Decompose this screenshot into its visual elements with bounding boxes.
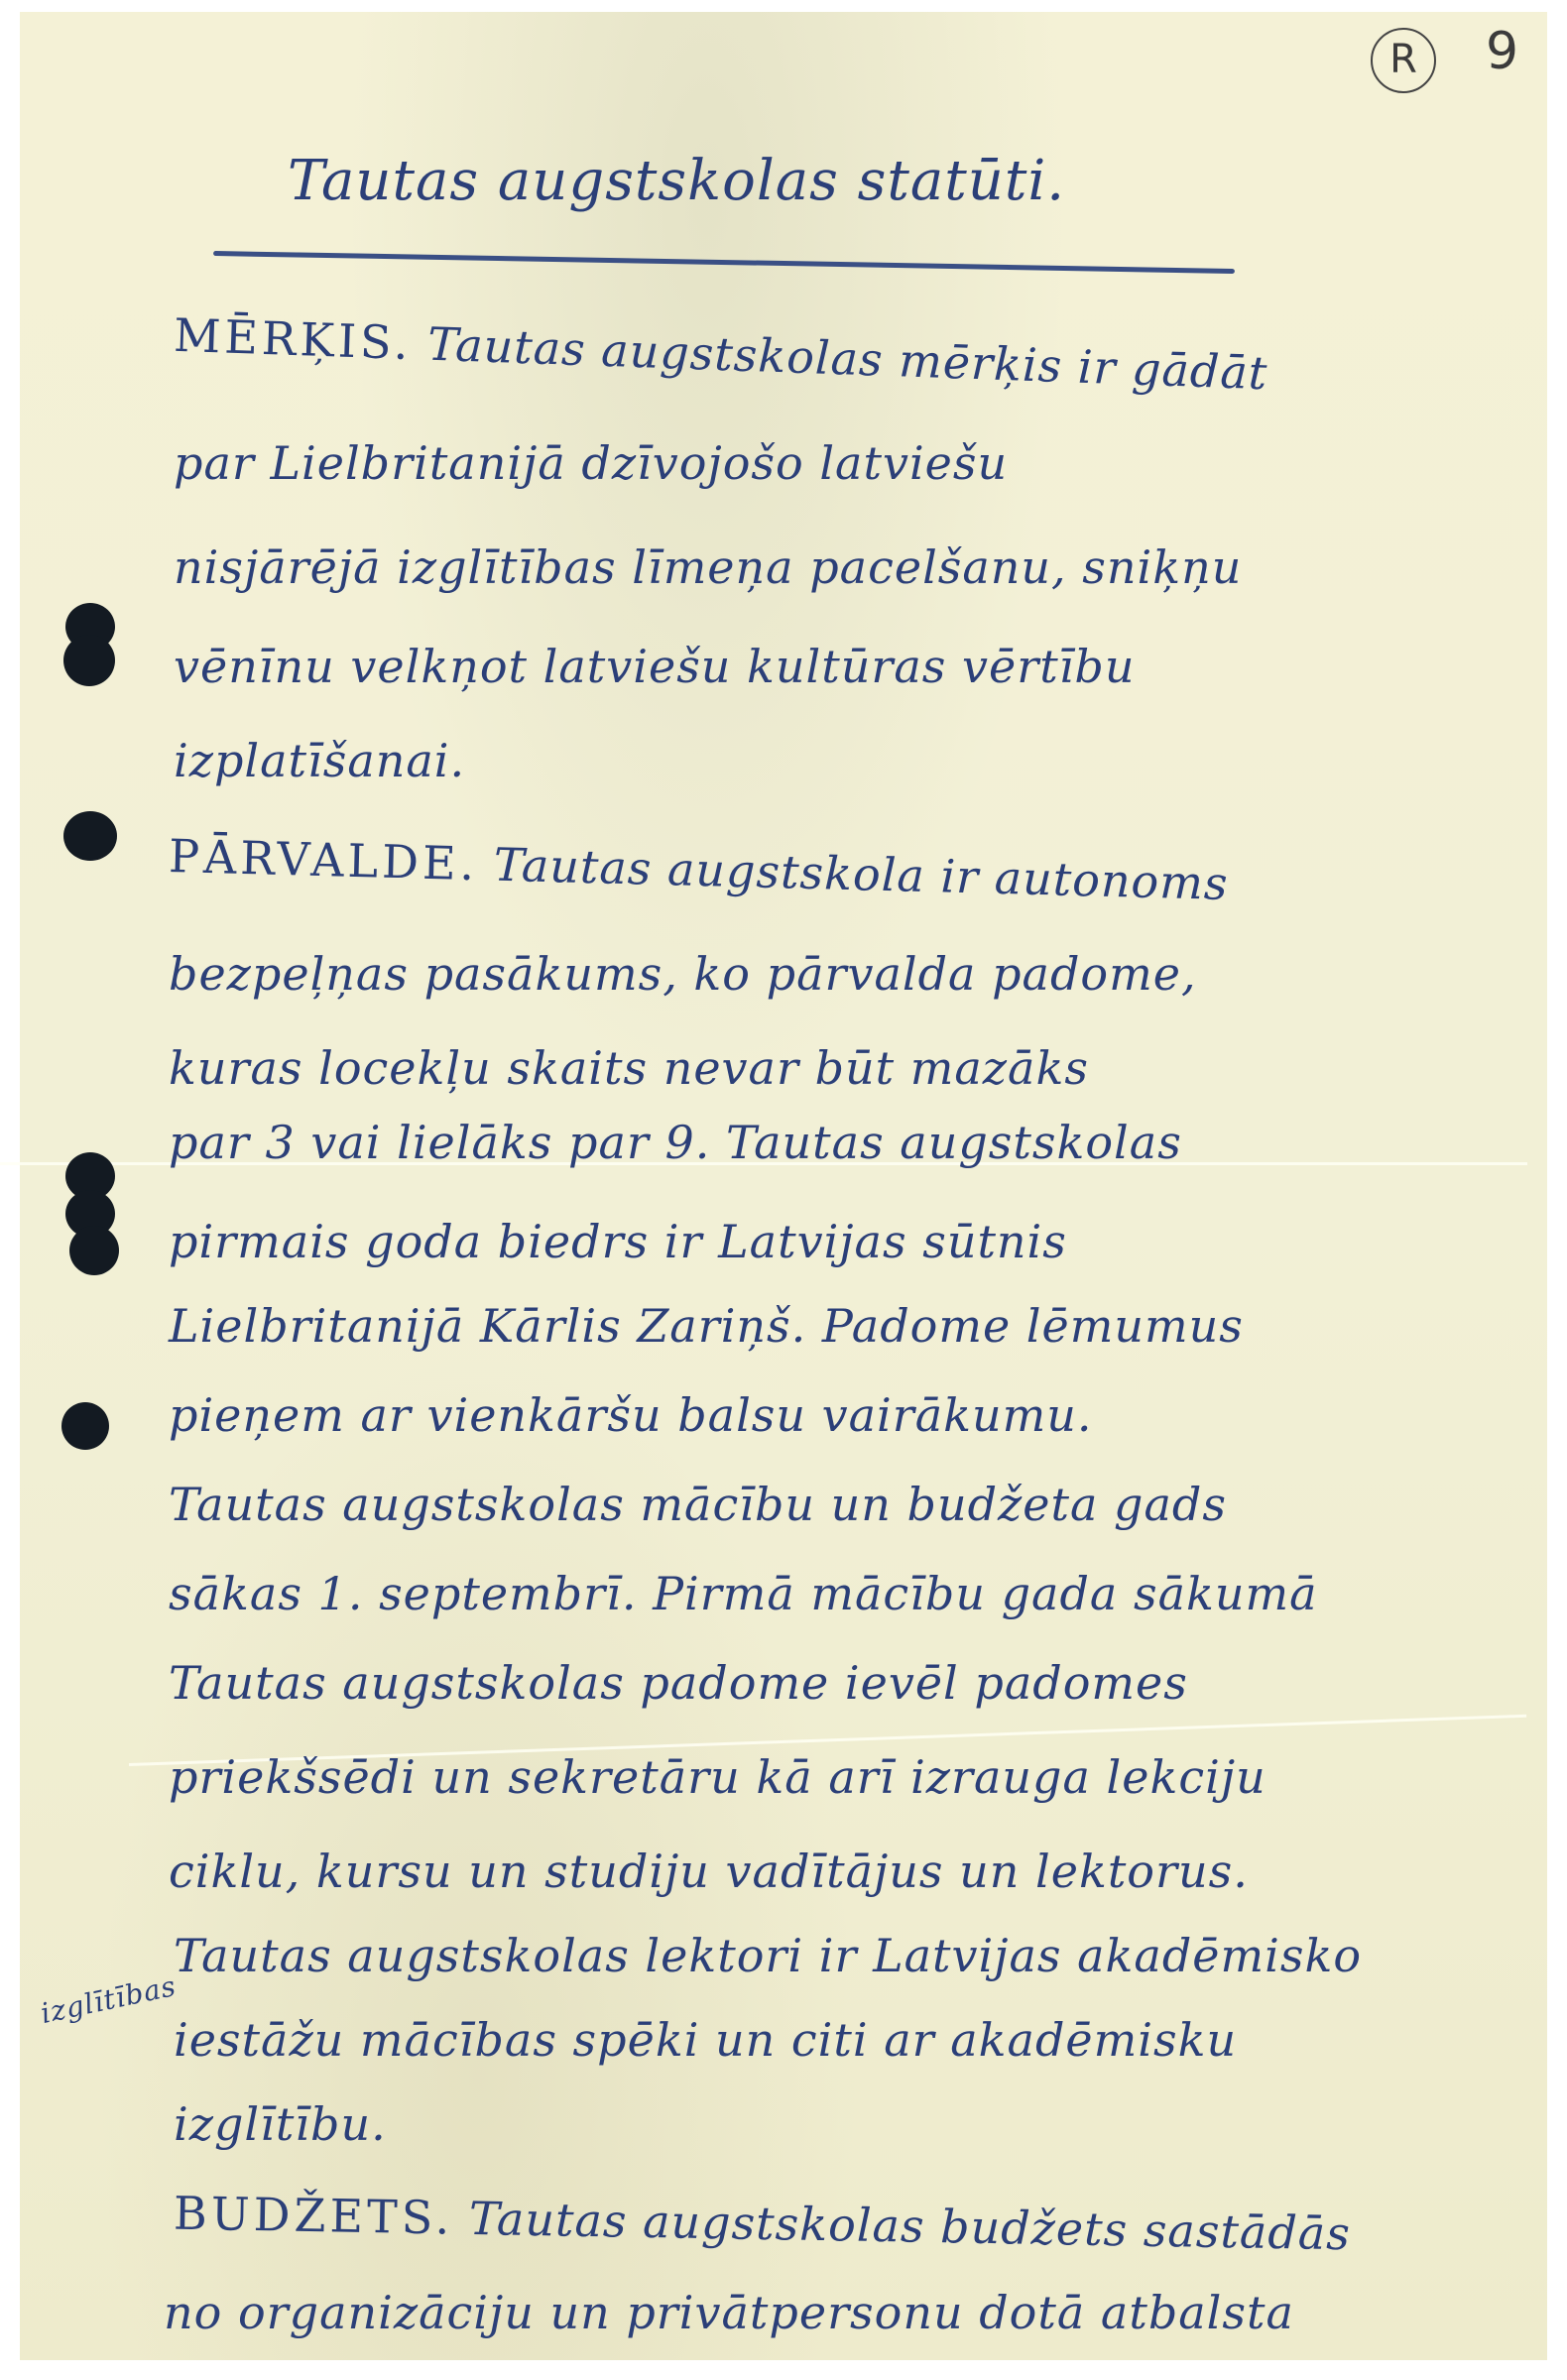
punch-hole	[63, 811, 117, 861]
section-text-line: priekšsēdi un sekretāru kā arī izrauga l…	[169, 1750, 1266, 1804]
section-text-line: Lielbritanijā Kārlis Zariņš. Padome lēmu…	[169, 1299, 1244, 1353]
section-text-line: no organizāciju un privātpersonu dotā at…	[164, 2286, 1294, 2339]
page-number: 9	[1486, 22, 1518, 81]
archive-stamp: R	[1371, 28, 1436, 93]
punch-hole	[63, 635, 115, 686]
section-text-line: izglītību.	[174, 2097, 387, 2151]
section-text-line: Tautas augstskolas lektori ir Latvijas a…	[174, 1929, 1362, 1982]
section-heading: PĀRVALDE.	[168, 829, 478, 891]
section-text-line: Tautas augstskolas padome ievēl padomes	[169, 1656, 1188, 1710]
section-text-line: par 3 vai lielāks par 9. Tautas augstsko…	[169, 1116, 1182, 1169]
punch-hole	[61, 1402, 109, 1450]
punch-hole	[69, 1226, 119, 1275]
section-heading: BUDŽETS.	[174, 2187, 454, 2245]
section-heading: MĒRĶIS.	[173, 308, 413, 370]
section-text-line: izplatīšanai.	[174, 734, 465, 787]
section-text-line: par Lielbritanijā dzīvojošo latviešu	[174, 436, 1008, 490]
section-text-line: iestāžu mācības spēki un citi ar akadēmi…	[174, 2013, 1237, 2067]
section-text-line: kuras locekļu skaits nevar būt mazāks	[169, 1041, 1089, 1095]
section-text-line: sākas 1. septembrī. Pirmā mācību gada sā…	[169, 1567, 1318, 1620]
section-text-line: ciklu, kursu un studiju vadītājus un lek…	[169, 1844, 1249, 1898]
section-text-line: Tautas augstskolas mācību un budžeta gad…	[169, 1478, 1227, 1531]
section-text-line: bezpeļņas pasākums, ko pārvalda padome,	[169, 947, 1197, 1001]
section-text-line: vēnīnu velkņot latviešu kultūras vērtību	[174, 640, 1135, 693]
section-text-line: pieņem ar vienkāršu balsu vairākumu.	[169, 1388, 1093, 1442]
document-title: Tautas augstskolas statūti.	[288, 149, 1065, 213]
section-text-line: nisjārējā izglītības līmeņa pacelšanu, s…	[174, 540, 1242, 594]
section-text-line: pirmais goda biedrs ir Latvijas sūtnis	[169, 1215, 1067, 1268]
